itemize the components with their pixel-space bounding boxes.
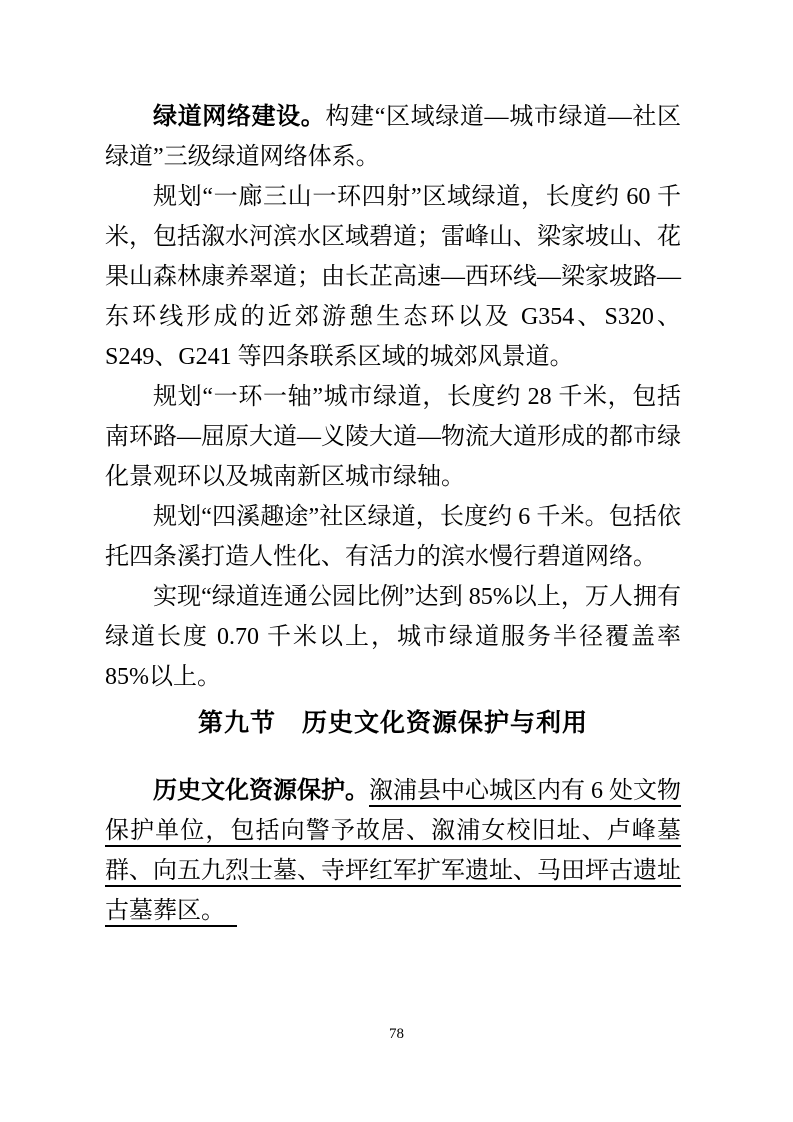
underline-tail [213,898,237,924]
paragraph-city-greenway: 规划“一环一轴”城市绿道，长度约 28 千米，包括南环路—屈原大道—义陵大道—物… [105,377,681,497]
section-heading: 第九节 历史文化资源保护与利用 [105,707,681,739]
document-page: 绿道网络建设。构建“区域绿道—城市绿道—社区绿道”三级绿道网络体系。 规划“一廊… [0,0,793,1122]
paragraph-heritage-protection: 历史文化资源保护。溆浦县中心城区内有 6 处文物保护单位，包括向警予故居、溆浦女… [105,771,681,931]
paragraph-greenway-targets: 实现“绿道连通公园比例”达到 85%以上，万人拥有绿道长度 0.70 千米以上，… [105,577,681,697]
paragraph-text: 规划“一环一轴”城市绿道，长度约 28 千米，包括南环路—屈原大道—义陵大道—物… [105,384,681,490]
paragraph-lead-greenway-network: 绿道网络建设。 [153,103,325,130]
paragraph-community-greenway: 规划“四溪趣途”社区绿道，长度约 6 千米。包括依托四条溪打造人性化、有活力的滨… [105,497,681,577]
paragraph-lead-heritage-protection: 历史文化资源保护。 [153,777,369,804]
paragraph-text: 实现“绿道连通公园比例”达到 85%以上，万人拥有绿道长度 0.70 千米以上，… [105,584,681,690]
page-number: 78 [0,1026,793,1043]
paragraph-text: 规划“一廊三山一环四射”区域绿道，长度约 60 千米，包括溆水河滨水区域碧道；雷… [105,184,681,370]
paragraph-greenway-network: 绿道网络建设。构建“区域绿道—城市绿道—社区绿道”三级绿道网络体系。 [105,97,681,177]
text-block: 绿道网络建设。构建“区域绿道—城市绿道—社区绿道”三级绿道网络体系。 规划“一廊… [105,97,681,931]
paragraph-text: 规划“四溪趣途”社区绿道，长度约 6 千米。包括依托四条溪打造人性化、有活力的滨… [105,504,681,570]
paragraph-regional-greenway: 规划“一廊三山一环四射”区域绿道，长度约 60 千米，包括溆水河滨水区域碧道；雷… [105,177,681,377]
